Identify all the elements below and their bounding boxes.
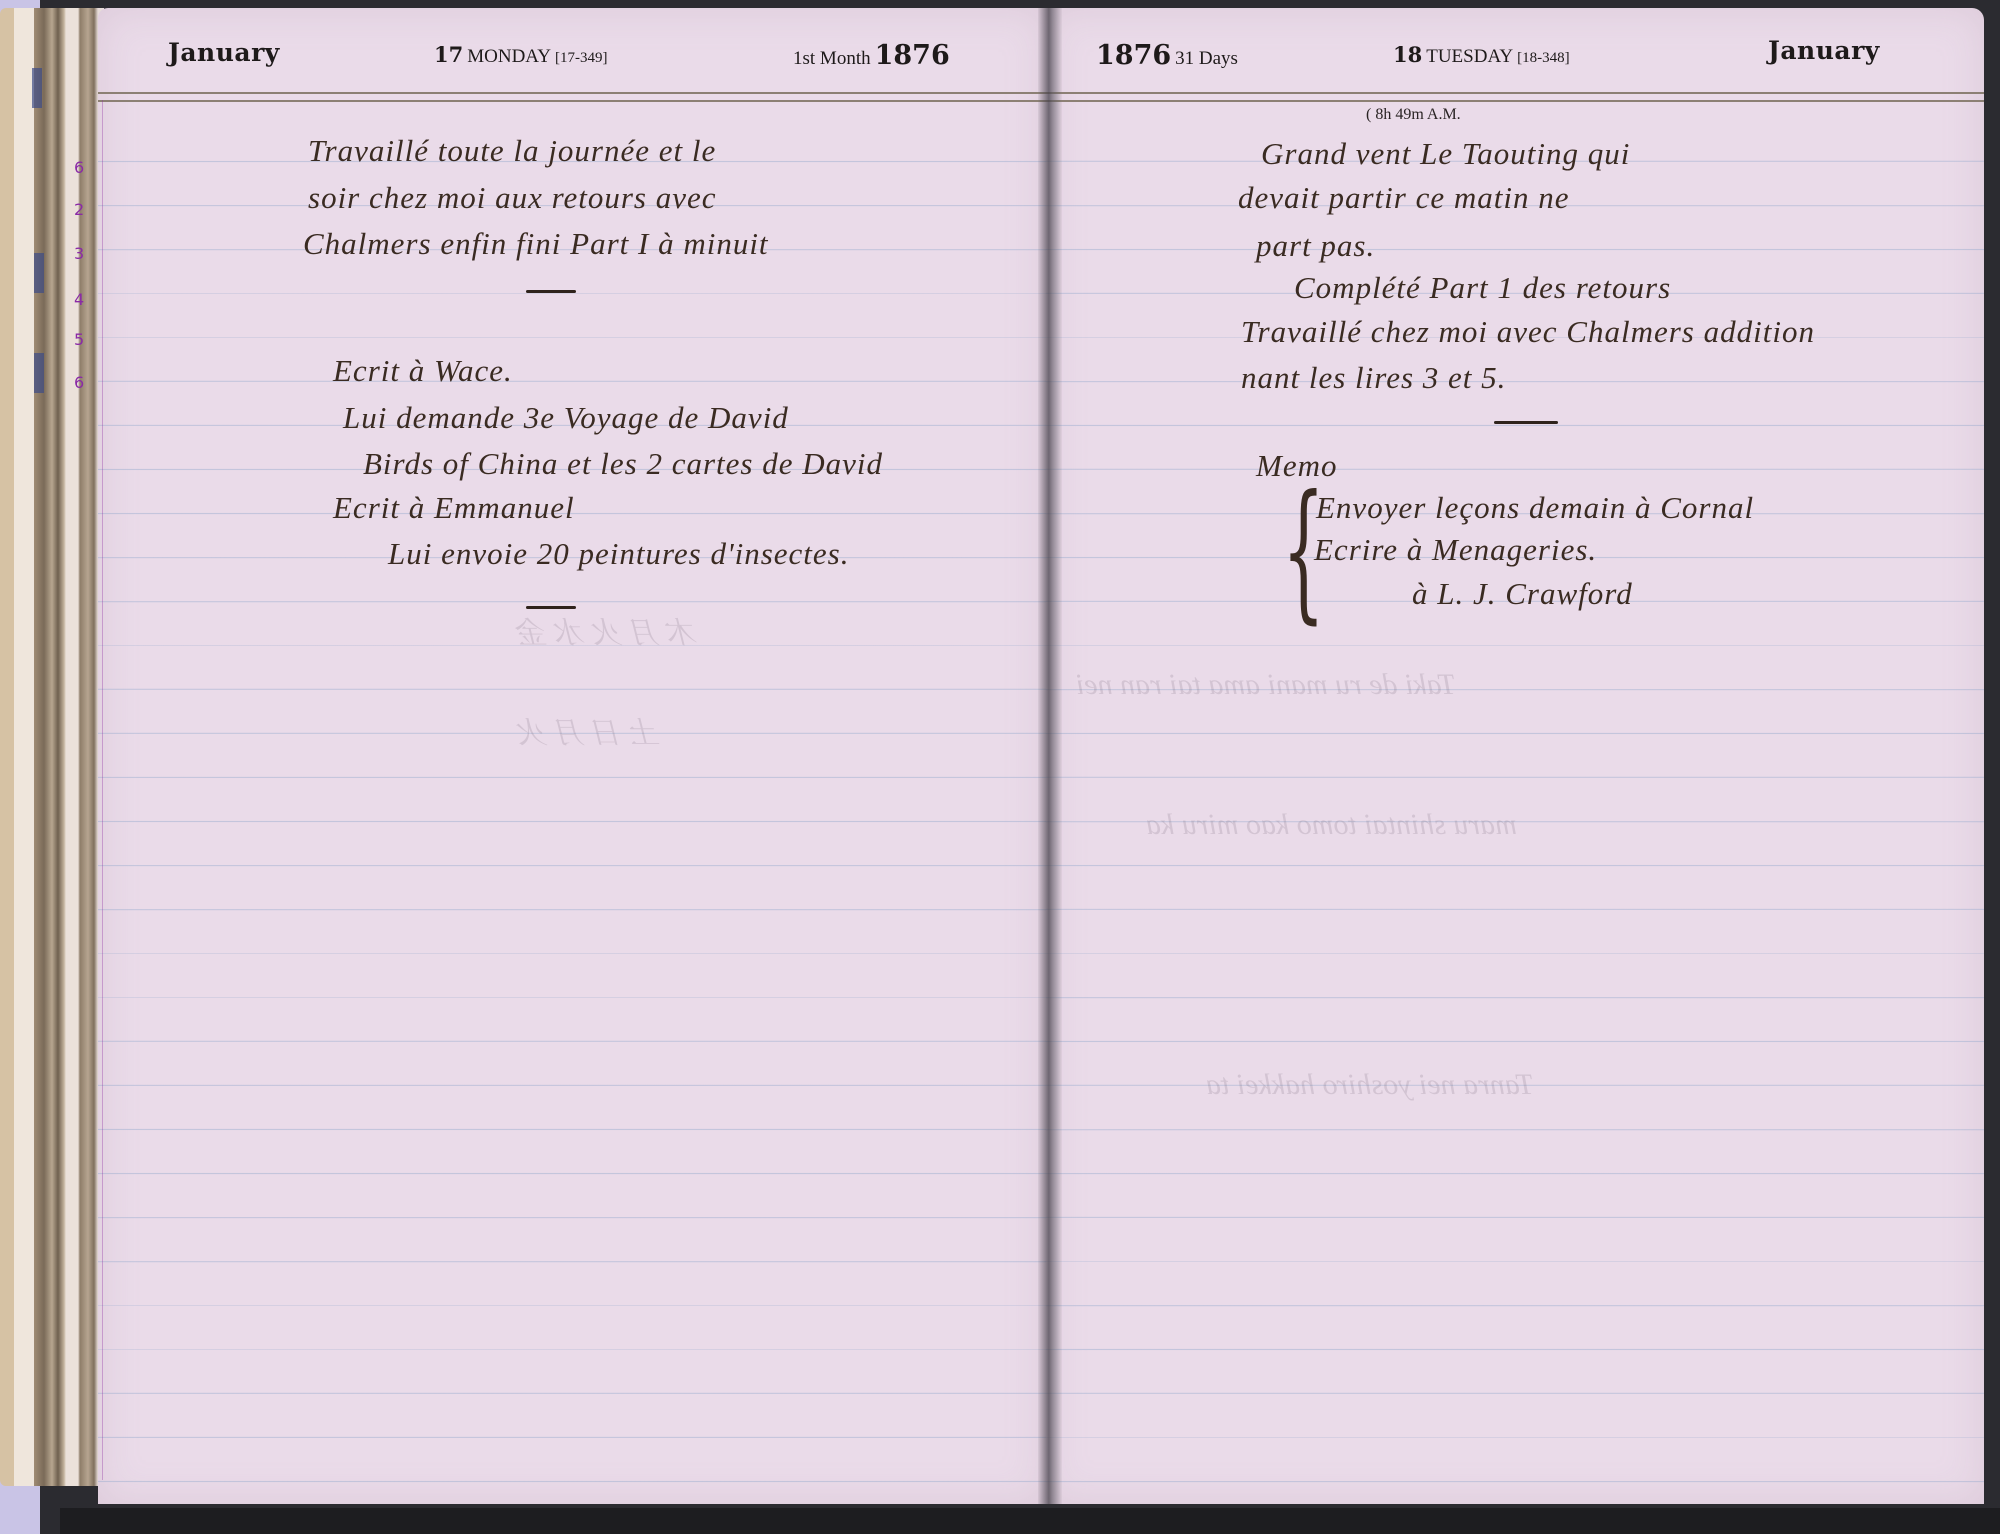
bleed-through-text: Tanra nei yoshiro hakkei ta	[1206, 1068, 1534, 1102]
page-stack-edge: 6 2 3 4 5 6	[0, 8, 104, 1486]
ink-stain	[32, 68, 42, 108]
day-number: 17	[434, 42, 463, 67]
day-name: MONDAY	[467, 46, 551, 67]
separator-dash	[526, 606, 576, 609]
entry-line: Complété Part 1 des retours	[1294, 270, 1671, 306]
entry-line: Travaillé toute la journée et le	[308, 133, 716, 169]
note-line: Birds of China et les 2 cartes de David	[363, 446, 883, 482]
header-year-days: 1876 31 Days	[1096, 40, 1238, 71]
note-line: Lui demande 3e Voyage de David	[343, 400, 789, 436]
header-day: 17 MONDAY [17-349]	[434, 42, 608, 68]
header-year: 1876	[1096, 40, 1171, 71]
page-tab-number[interactable]: 4	[74, 290, 84, 309]
entry-line: Travaillé chez moi avec Chalmers additio…	[1241, 314, 1815, 350]
header-double-rule	[1046, 92, 1984, 102]
bleed-through-text: 木 月 火 水 金	[518, 608, 698, 652]
ruled-lines	[1046, 106, 1984, 1484]
note-line: Ecrit à Wace.	[333, 353, 513, 389]
header-month: January	[168, 38, 280, 67]
page-tab-number[interactable]: 5	[74, 330, 84, 349]
note-line: Ecrit à Emmanuel	[333, 490, 575, 526]
page-tab-number[interactable]: 6	[74, 373, 84, 392]
day-number: 18	[1393, 42, 1422, 67]
header-year: 1876	[875, 40, 950, 71]
entry-line: Chalmers enfin fini Part I à minuit	[303, 226, 769, 262]
days-in-month: 31 Days	[1175, 48, 1238, 69]
memo-line: Envoyer leçons demain à Cornal	[1316, 490, 1754, 526]
day-index: [17-349]	[555, 50, 608, 66]
header-double-rule	[98, 92, 1046, 102]
header-month: January	[1768, 36, 1880, 65]
separator-dash	[1494, 421, 1558, 424]
header-month-year: 1st Month 1876	[793, 40, 950, 71]
separator-dash	[526, 290, 576, 293]
day-name: TUESDAY	[1426, 46, 1513, 67]
bleed-through-text: maru shintai tomo kao miru ka	[1146, 808, 1517, 842]
memo-line: Ecrire à Menageries.	[1314, 532, 1597, 568]
book-gutter	[1038, 8, 1062, 1504]
day-index: [18-348]	[1517, 50, 1570, 66]
entry-line: part pas.	[1256, 228, 1375, 264]
page-tab-number[interactable]: 6	[74, 158, 84, 177]
left-page: 木 月 火 水 金 土 日 月 火 January 17 MONDAY [17-…	[98, 8, 1046, 1504]
right-page: Taki de ru mani ama tai ran nei maru shi…	[1046, 8, 1984, 1504]
page-tab-number[interactable]: 3	[74, 244, 84, 263]
memo-line: à L. J. Crawford	[1412, 576, 1633, 612]
entry-line: devait partir ce matin ne	[1238, 180, 1570, 216]
page-tab-number[interactable]: 2	[74, 200, 84, 219]
header-day: 18 TUESDAY [18-348]	[1393, 42, 1570, 68]
note-line: Lui envoie 20 peintures d'insectes.	[388, 536, 849, 572]
bleed-through-text: Taki de ru mani ama tai ran nei	[1076, 668, 1456, 702]
ink-stain	[34, 353, 44, 393]
entry-line: nant les lires 3 et 5.	[1241, 360, 1506, 396]
page-margin-line	[102, 100, 103, 1480]
book-cover-bottom-edge	[60, 1508, 2000, 1534]
moon-phase-time: ( 8h 49m A.M.	[1366, 106, 1461, 124]
entry-line: Grand vent Le Taouting qui	[1261, 136, 1630, 172]
ruled-lines	[98, 106, 1046, 1484]
ink-stain	[34, 253, 44, 293]
entry-line: soir chez moi aux retours avec	[308, 180, 717, 216]
bleed-through-text: 土 日 月 火	[518, 708, 661, 752]
month-ordinal: 1st Month	[793, 48, 871, 69]
